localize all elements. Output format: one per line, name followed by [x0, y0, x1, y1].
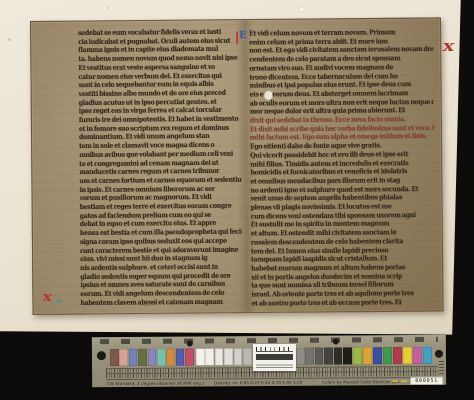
manuscript-photo: sedebat se eum vocabatur fidelis verax e… — [0, 0, 474, 400]
color-patch — [185, 349, 194, 366]
munsell-caption: Colors by Munsell Color Services Lab — [322, 379, 399, 385]
color-patch — [423, 347, 432, 364]
patch-row-neutral-light — [196, 348, 252, 365]
backdrop-speck — [107, 7, 109, 9]
backdrop-speck — [8, 38, 11, 41]
manuscript-column-left: sedebat se eum vocabatur fidelis verax e… — [78, 28, 242, 311]
density-caption: Density →← 0.05 0.23 0.44 0.70 1.05 1.50 — [214, 380, 302, 386]
patch-row-skin-sky — [110, 349, 194, 367]
parchment-hole — [264, 90, 273, 100]
patch-row-neutral-dark — [296, 347, 352, 364]
registration-dot — [187, 341, 193, 347]
manuscript-line: habentem clavem abyssi et catenam magnam — [80, 298, 242, 309]
color-patch — [166, 349, 175, 366]
serial-number-box: 800051 — [410, 376, 443, 384]
color-patch — [296, 348, 305, 365]
scale-tick-marks — [256, 347, 293, 352]
yellow-mark — [392, 380, 398, 382]
top-edge-hole — [299, 7, 304, 12]
color-patch — [147, 349, 156, 366]
color-patch — [333, 347, 342, 364]
right-margin-x-mark: X — [441, 41, 455, 54]
left-margin-x-mark: X — [41, 294, 52, 304]
registration-dot — [97, 351, 106, 360]
backdrop-speck — [455, 200, 458, 205]
registration-dot — [333, 339, 339, 345]
standard-caption: CIE Standard, 2 degree observer (6500K a… — [107, 380, 204, 386]
color-patch — [363, 347, 372, 364]
color-patch — [129, 349, 138, 366]
color-patch — [324, 348, 333, 365]
color-patch — [233, 348, 242, 365]
color-patch — [243, 348, 252, 365]
teal-pigment-smudge — [55, 300, 62, 303]
color-calibration-strip: CIE Standard, 2 degree observer (6500K a… — [92, 335, 446, 387]
registration-dot — [435, 350, 443, 358]
color-patch — [343, 347, 352, 364]
color-patch — [138, 349, 147, 366]
color-patch — [315, 348, 324, 365]
manuscript-leaf: sedebat se eum vocabatur fidelis verax e… — [30, 17, 444, 315]
color-patch — [176, 349, 185, 366]
manuscript-column-right: Et vidi celum novum et terram novam. Pri… — [249, 28, 435, 310]
scale-dark-bar — [256, 354, 293, 360]
color-patch — [205, 348, 214, 365]
serial-number: 800051 — [415, 377, 438, 383]
color-patch — [224, 348, 233, 365]
yellow-mark — [401, 380, 407, 382]
color-patch — [413, 347, 422, 364]
mini-scale-sticker — [253, 344, 296, 371]
manuscript-line: et ab austro porte tres et ab occasu por… — [251, 298, 435, 309]
color-patch — [353, 347, 362, 364]
color-patch — [373, 347, 382, 364]
color-patch — [157, 349, 166, 366]
color-patch — [110, 349, 119, 366]
color-patch — [393, 347, 402, 364]
patch-row-primaries — [353, 347, 432, 365]
color-patch — [383, 347, 392, 364]
scale-fine-lines — [256, 363, 293, 368]
color-patch — [196, 348, 205, 365]
color-patch — [215, 348, 224, 365]
color-patch — [305, 348, 314, 365]
blue-initial-letter: E — [239, 30, 247, 41]
vertical-maker-mark — [439, 361, 444, 374]
color-patch — [403, 347, 412, 364]
red-penwork-flourish — [236, 31, 238, 44]
color-patch — [119, 349, 128, 366]
